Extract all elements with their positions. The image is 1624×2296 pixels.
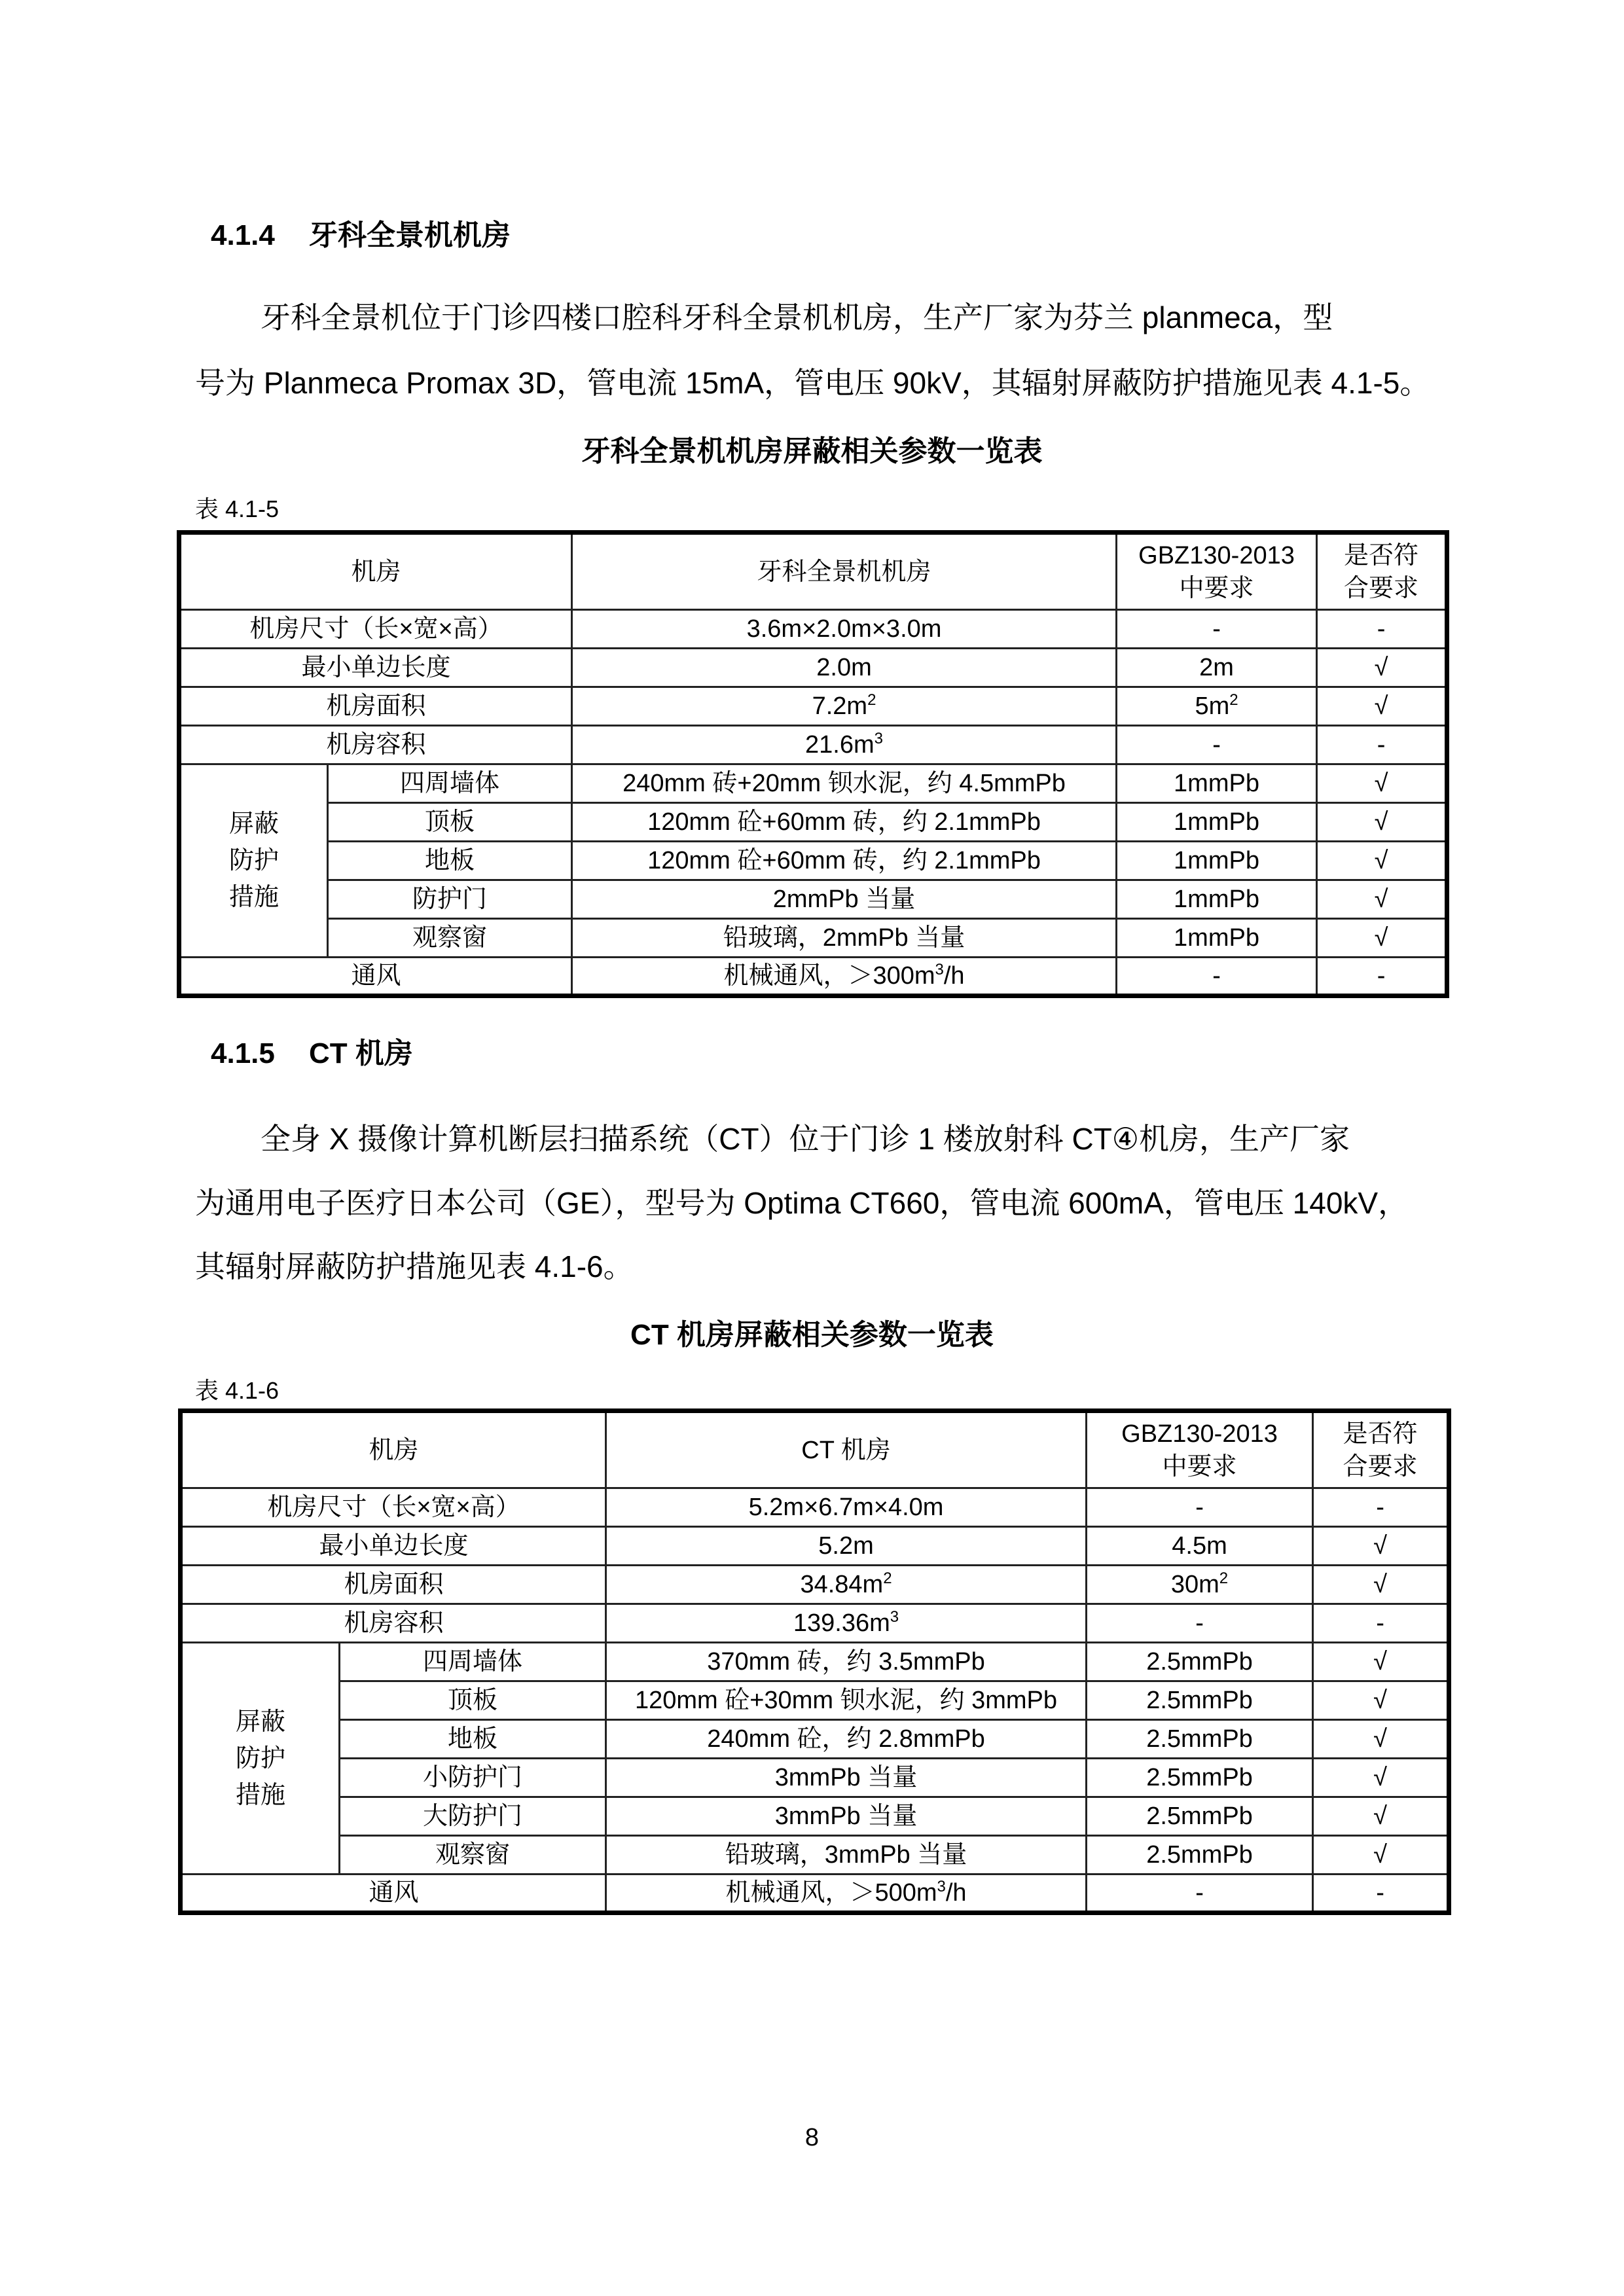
- table-row-shield: 地板 240mm 砼，约 2.8mmPb 2.5mmPb √: [181, 1720, 1449, 1759]
- shield-item-label: 大防护门: [340, 1797, 606, 1836]
- shield-item-compliance: √: [1313, 1643, 1449, 1681]
- shield-item-label: 顶板: [328, 803, 572, 842]
- shield-item-value: 2mmPb 当量: [572, 880, 1117, 919]
- row-value: 139.36m3: [606, 1604, 1087, 1643]
- table-row: 机房面积 7.2m2 5m2 √: [179, 687, 1447, 726]
- table-row-shield: 屏蔽防护措施 四周墙体 240mm 砖+20mm 钡水泥，约 4.5mmPb 1…: [179, 764, 1447, 803]
- row-requirement: 5m2: [1117, 687, 1317, 726]
- row-value: 5.2m×6.7m×4.0m: [606, 1488, 1087, 1527]
- shield-item-requirement: 1mmPb: [1117, 764, 1317, 803]
- paragraph-line: 为通用电子医疗日本公司（GE），型号为 Optima CT660，管电流 600…: [195, 1183, 1408, 1223]
- header-room-name: 牙科全景机机房: [572, 533, 1117, 610]
- row-compliance: √: [1317, 687, 1447, 726]
- paragraph-line: 牙科全景机位于门诊四楼口腔科牙科全景机机房，生产厂家为芬兰 planmeca，型: [261, 298, 1333, 337]
- shield-item-requirement: 2.5mmPb: [1087, 1836, 1313, 1874]
- ventilation-label: 通风: [179, 958, 572, 996]
- shield-item-label: 观察窗: [340, 1836, 606, 1874]
- shield-item-value: 240mm 砖+20mm 钡水泥，约 4.5mmPb: [572, 764, 1117, 803]
- section-number: 4.1.4: [211, 216, 309, 255]
- ventilation-requirement: -: [1087, 1874, 1313, 1913]
- table-caption: 牙科全景机机房屏蔽相关参数一览表: [0, 432, 1624, 471]
- row-compliance: √: [1317, 649, 1447, 687]
- table-header-row: 机房 牙科全景机机房 GBZ130-2013中要求 是否符合要求: [179, 533, 1447, 610]
- table-row: 机房尺寸（长×宽×高） 5.2m×6.7m×4.0m - -: [181, 1488, 1449, 1527]
- shield-item-value: 铅玻璃，3mmPb 当量: [606, 1836, 1087, 1874]
- table-row-shield: 地板 120mm 砼+60mm 砖，约 2.1mmPb 1mmPb √: [179, 842, 1447, 880]
- row-compliance: -: [1313, 1488, 1449, 1527]
- section-heading-4-1-5: 4.1.5CT 机房: [211, 1034, 413, 1073]
- header-standard: GBZ130-2013中要求: [1087, 1411, 1313, 1488]
- table-row-shield: 小防护门 3mmPb 当量 2.5mmPb √: [181, 1759, 1449, 1797]
- ventilation-value: 机械通风，＞300m3/h: [572, 958, 1117, 996]
- page-number: 8: [0, 2124, 1624, 2152]
- header-room: 机房: [181, 1411, 606, 1488]
- header-room: 机房: [179, 533, 572, 610]
- table-row-shield: 屏蔽防护措施 四周墙体 370mm 砖，约 3.5mmPb 2.5mmPb √: [181, 1643, 1449, 1681]
- shield-item-requirement: 1mmPb: [1117, 880, 1317, 919]
- section-title: CT 机房: [309, 1037, 413, 1069]
- shield-item-compliance: √: [1313, 1759, 1449, 1797]
- section-title: 牙科全景机机房: [309, 219, 511, 251]
- row-label: 机房面积: [181, 1566, 606, 1604]
- row-value: 34.84m2: [606, 1566, 1087, 1604]
- table-caption: CT 机房屏蔽相关参数一览表: [0, 1316, 1624, 1355]
- row-value: 3.6m×2.0m×3.0m: [572, 610, 1117, 649]
- table-row-shield: 顶板 120mm 砼+60mm 砖，约 2.1mmPb 1mmPb √: [179, 803, 1447, 842]
- shield-item-label: 四周墙体: [328, 764, 572, 803]
- shield-item-requirement: 2.5mmPb: [1087, 1720, 1313, 1759]
- table-row: 最小单边长度 2.0m 2m √: [179, 649, 1447, 687]
- row-requirement: 30m2: [1087, 1566, 1313, 1604]
- shield-item-label: 防护门: [328, 880, 572, 919]
- table-row-ventilation: 通风 机械通风，＞500m3/h - -: [181, 1874, 1449, 1913]
- shield-item-requirement: 2.5mmPb: [1087, 1797, 1313, 1836]
- shield-item-compliance: √: [1317, 880, 1447, 919]
- shield-item-compliance: √: [1313, 1681, 1449, 1720]
- table-row: 最小单边长度 5.2m 4.5m √: [181, 1527, 1449, 1566]
- shield-item-compliance: √: [1313, 1720, 1449, 1759]
- shield-item-requirement: 2.5mmPb: [1087, 1759, 1313, 1797]
- shield-item-compliance: √: [1317, 842, 1447, 880]
- shield-item-compliance: √: [1317, 803, 1447, 842]
- row-label: 最小单边长度: [179, 649, 572, 687]
- row-label: 机房容积: [179, 726, 572, 764]
- row-label: 机房尺寸（长×宽×高）: [181, 1488, 606, 1527]
- ventilation-requirement: -: [1117, 958, 1317, 996]
- shield-item-value: 370mm 砖，约 3.5mmPb: [606, 1643, 1087, 1681]
- row-requirement: -: [1117, 726, 1317, 764]
- shield-item-value: 铅玻璃，2mmPb 当量: [572, 919, 1117, 958]
- shield-item-compliance: √: [1317, 764, 1447, 803]
- paragraph-line: 号为 Planmeca Promax 3D，管电流 15mA，管电压 90kV，…: [195, 363, 1430, 403]
- shield-item-label: 观察窗: [328, 919, 572, 958]
- row-label: 机房尺寸（长×宽×高）: [179, 610, 572, 649]
- table-row: 机房容积 21.6m3 - -: [179, 726, 1447, 764]
- shield-group-label: 屏蔽防护措施: [179, 764, 328, 958]
- shield-item-value: 240mm 砼，约 2.8mmPb: [606, 1720, 1087, 1759]
- shield-item-requirement: 2.5mmPb: [1087, 1681, 1313, 1720]
- row-requirement: -: [1087, 1604, 1313, 1643]
- header-compliant: 是否符合要求: [1317, 533, 1447, 610]
- ventilation-compliance: -: [1313, 1874, 1449, 1913]
- table-header-row: 机房 CT 机房 GBZ130-2013中要求 是否符合要求: [181, 1411, 1449, 1488]
- shield-item-compliance: √: [1313, 1797, 1449, 1836]
- paragraph-line: 其辐射屏蔽防护措施见表 4.1-6。: [195, 1247, 634, 1286]
- shield-item-value: 120mm 砼+60mm 砖，约 2.1mmPb: [572, 842, 1117, 880]
- table-label: 表 4.1-5: [195, 493, 279, 526]
- table-row-ventilation: 通风 机械通风，＞300m3/h - -: [179, 958, 1447, 996]
- shield-item-value: 120mm 砼+60mm 砖，约 2.1mmPb: [572, 803, 1117, 842]
- table-row-shield: 顶板 120mm 砼+30mm 钡水泥，约 3mmPb 2.5mmPb √: [181, 1681, 1449, 1720]
- shield-item-value: 3mmPb 当量: [606, 1759, 1087, 1797]
- row-label: 机房容积: [181, 1604, 606, 1643]
- shield-item-value: 120mm 砼+30mm 钡水泥，约 3mmPb: [606, 1681, 1087, 1720]
- table-row: 机房面积 34.84m2 30m2 √: [181, 1566, 1449, 1604]
- table-row: 机房尺寸（长×宽×高） 3.6m×2.0m×3.0m - -: [179, 610, 1447, 649]
- shield-item-requirement: 1mmPb: [1117, 803, 1317, 842]
- table-row: 机房容积 139.36m3 - -: [181, 1604, 1449, 1643]
- shield-item-requirement: 1mmPb: [1117, 842, 1317, 880]
- row-compliance: √: [1313, 1527, 1449, 1566]
- row-value: 5.2m: [606, 1527, 1087, 1566]
- table-row-shield: 防护门 2mmPb 当量 1mmPb √: [179, 880, 1447, 919]
- shield-item-label: 顶板: [340, 1681, 606, 1720]
- row-value: 21.6m3: [572, 726, 1117, 764]
- shield-item-compliance: √: [1317, 919, 1447, 958]
- row-requirement: 4.5m: [1087, 1527, 1313, 1566]
- shield-item-label: 地板: [328, 842, 572, 880]
- ventilation-compliance: -: [1317, 958, 1447, 996]
- shield-item-requirement: 2.5mmPb: [1087, 1643, 1313, 1681]
- row-requirement: 2m: [1117, 649, 1317, 687]
- shield-item-value: 3mmPb 当量: [606, 1797, 1087, 1836]
- row-label: 机房面积: [179, 687, 572, 726]
- row-requirement: -: [1117, 610, 1317, 649]
- header-compliant: 是否符合要求: [1313, 1411, 1449, 1488]
- row-compliance: -: [1317, 726, 1447, 764]
- row-requirement: -: [1087, 1488, 1313, 1527]
- shield-item-requirement: 1mmPb: [1117, 919, 1317, 958]
- table-row-shield: 观察窗 铅玻璃，3mmPb 当量 2.5mmPb √: [181, 1836, 1449, 1874]
- table-4-1-6: 机房 CT 机房 GBZ130-2013中要求 是否符合要求 机房尺寸（长×宽×…: [178, 1408, 1451, 1915]
- ventilation-label: 通风: [181, 1874, 606, 1913]
- header-standard: GBZ130-2013中要求: [1117, 533, 1317, 610]
- row-compliance: √: [1313, 1566, 1449, 1604]
- section-heading-4-1-4: 4.1.4牙科全景机机房: [211, 216, 511, 255]
- section-number: 4.1.5: [211, 1034, 309, 1073]
- table-label: 表 4.1-6: [195, 1374, 279, 1407]
- row-compliance: -: [1317, 610, 1447, 649]
- row-value: 7.2m2: [572, 687, 1117, 726]
- row-value: 2.0m: [572, 649, 1117, 687]
- shield-item-compliance: √: [1313, 1836, 1449, 1874]
- row-compliance: -: [1313, 1604, 1449, 1643]
- shield-item-label: 地板: [340, 1720, 606, 1759]
- shield-item-label: 四周墙体: [340, 1643, 606, 1681]
- table-4-1-5: 机房 牙科全景机机房 GBZ130-2013中要求 是否符合要求 机房尺寸（长×…: [177, 530, 1449, 998]
- shield-group-label: 屏蔽防护措施: [181, 1643, 340, 1874]
- table-row-shield: 观察窗 铅玻璃，2mmPb 当量 1mmPb √: [179, 919, 1447, 958]
- ventilation-value: 机械通风，＞500m3/h: [606, 1874, 1087, 1913]
- row-label: 最小单边长度: [181, 1527, 606, 1566]
- table-row-shield: 大防护门 3mmPb 当量 2.5mmPb √: [181, 1797, 1449, 1836]
- shield-item-label: 小防护门: [340, 1759, 606, 1797]
- paragraph-line: 全身 X 摄像计算机断层扫描系统（CT）位于门诊 1 楼放射科 CT④机房，生产…: [261, 1119, 1350, 1158]
- header-room-name: CT 机房: [606, 1411, 1087, 1488]
